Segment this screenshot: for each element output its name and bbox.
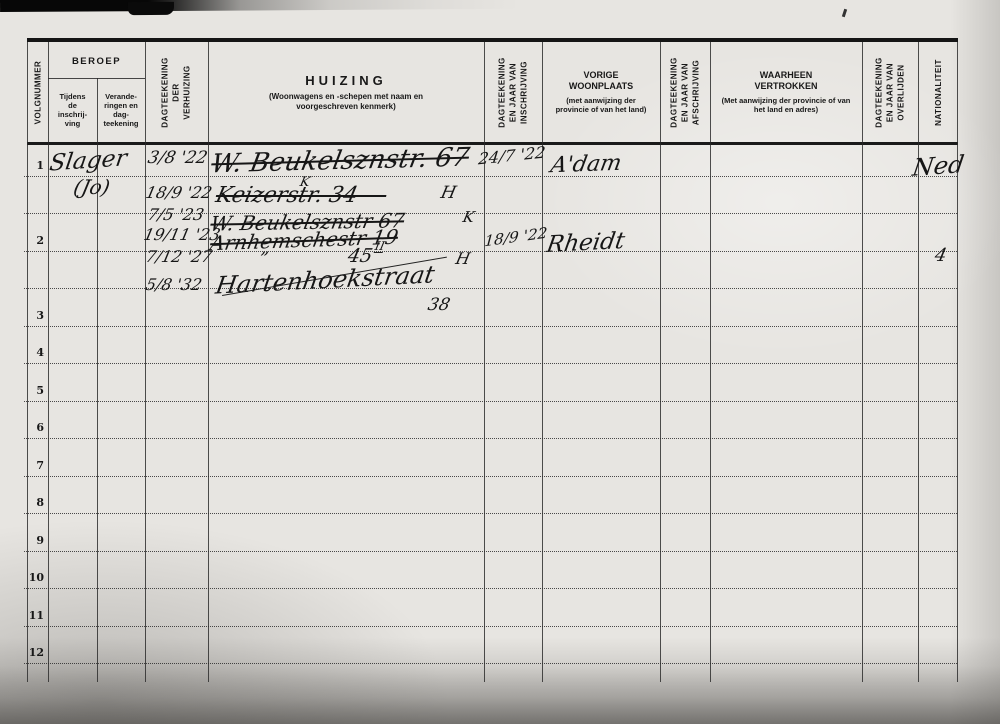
- row-number: 4: [22, 346, 44, 359]
- handwritten-margin-mark: H: [439, 185, 457, 202]
- handwritten-huizing-address: Hartenhoekstraat: [214, 262, 436, 297]
- column-header-beroep: BEROEP: [48, 45, 145, 77]
- table-top-border: [27, 38, 958, 42]
- row-number: 6: [22, 421, 44, 434]
- ruled-dotted-line: [24, 438, 957, 439]
- column-label-line: DAGTEEKENING: [160, 57, 171, 127]
- column-label-line: DAGTEEKENING: [874, 57, 885, 127]
- column-note: (met aanwijzing der provincie of van het…: [553, 96, 649, 114]
- scan-edge-smear: [0, 0, 520, 12]
- column-label-line: DAGTEEKENING: [497, 57, 508, 127]
- handwritten-huizing-address: W. Beukelsznstr. 67: [209, 145, 471, 178]
- ruled-dotted-line: [24, 513, 957, 514]
- column-note: (Met aanwijzing der provincie of van het…: [719, 96, 854, 114]
- column-header-huizing: HUIZING (Woonwagens en -schepen met naam…: [208, 44, 484, 140]
- column-label: BEROEP: [72, 56, 121, 67]
- row-number: 1: [22, 159, 44, 172]
- column-label-line: AFSCHRIJVING: [691, 57, 702, 127]
- column-label-line: DAGTEEKENING: [669, 57, 680, 127]
- subheader-line: dag-: [113, 110, 129, 119]
- ruled-dotted-line: [24, 176, 957, 177]
- row-number: 11: [22, 609, 44, 622]
- subheader-line: Verande-: [105, 92, 137, 101]
- row-number: 3: [22, 309, 44, 322]
- ink-speck: [842, 9, 847, 18]
- column-header-volgnummer: VOLGNUMMER: [27, 44, 48, 140]
- ruled-dotted-line: [24, 626, 957, 627]
- row-number: 10: [22, 571, 44, 584]
- row-number: 8: [22, 496, 44, 509]
- scan-bottom-shadow: [0, 666, 1000, 724]
- handwritten-verhuizing-date: 7/12 '27: [144, 249, 213, 265]
- ruled-dotted-line: [24, 326, 957, 327]
- handwritten-verhuizing-date: 5/8 '32: [144, 277, 203, 293]
- header-bottom-border: [27, 142, 958, 145]
- handwritten-verhuizing-date: 3/8 '22: [146, 150, 209, 167]
- subheader-line: de: [68, 101, 77, 110]
- population-register-card: VOLGNUMMER BEROEP Tijdens de inschrij- v…: [0, 0, 1000, 724]
- handwritten-verhuizing-date: 18/9 '22: [144, 185, 213, 201]
- column-label-line: EN JAAR VAN: [508, 57, 519, 127]
- handwritten-inschrijving-date: 24/7 '22: [478, 145, 547, 168]
- ruled-dotted-line: [24, 588, 957, 589]
- column-label-line: VORIGE: [583, 70, 618, 81]
- ruled-dotted-line: [24, 363, 957, 364]
- handwritten-nationaliteit: Ned: [911, 152, 966, 179]
- column-header-waarheen-vertrokken: WAARHEEN VERTROKKEN (Met aanwijzing der …: [710, 44, 862, 140]
- column-label: VOLGNUMMER: [32, 60, 43, 124]
- subheader-line: ringen en: [104, 101, 138, 110]
- column-header-dagteekening-verhuizing: DAGTEEKENING DER VERHUIZING: [145, 44, 208, 140]
- column-label-line: EN JAAR VAN: [885, 57, 896, 127]
- scan-edge-blob: [128, 2, 174, 15]
- column-label: HUIZING: [305, 73, 386, 88]
- row-number: 7: [22, 459, 44, 472]
- ruled-dotted-line: [24, 401, 957, 402]
- column-header-vorige-woonplaats: VORIGE WOONPLAATS (met aanwijzing der pr…: [542, 44, 660, 140]
- subheader-line: ving: [65, 119, 80, 128]
- column-label-line: WAARHEEN: [760, 70, 813, 81]
- handwritten-beroep: Slager: [48, 147, 128, 175]
- column-label-line: VERTROKKEN: [754, 81, 817, 92]
- column-label: NATIONALITEIT: [933, 59, 944, 126]
- row-number: 2: [22, 234, 44, 247]
- subheader-line: teekening: [103, 119, 138, 128]
- row-number: 9: [22, 534, 44, 547]
- column-label-line: EN JAAR VAN: [680, 57, 691, 127]
- handwritten-inschrijving-date: 18/9 '22: [484, 226, 548, 249]
- handwritten-ditto-mark: ”: [257, 251, 269, 268]
- column-header-nationaliteit: NATIONALITEIT: [918, 44, 958, 140]
- column-subheader-beroep-veranderingen: Verande- ringen en dag- teekening: [97, 80, 145, 140]
- column-subheader-beroep-tijdens: Tijdens de inschrij- ving: [48, 80, 97, 140]
- column-header-dagteekening-afschrijving: DAGTEEKENING EN JAAR VAN AFSCHRIJVING: [660, 44, 710, 140]
- column-header-dagteekening-overlijden: DAGTEEKENING EN JAAR VAN OVERLIJDEN: [862, 44, 918, 140]
- subheader-line: inschrij-: [58, 110, 87, 119]
- handwritten-margin-mark: K: [461, 210, 475, 225]
- handwritten-verhuizing-date: 7/5 '23: [146, 207, 205, 223]
- handwritten-house-number: 38: [426, 297, 451, 314]
- column-label-line: INSCHRIJVING: [519, 57, 530, 127]
- column-note: (Woonwagens en -schepen met naam en voor…: [239, 92, 454, 112]
- row-number: 5: [22, 384, 44, 397]
- handwritten-nationaliteit-mark: 4: [933, 247, 948, 265]
- handwritten-margin-mark: H: [454, 251, 471, 267]
- subheader-line: Tijdens: [59, 92, 85, 101]
- row-number: 12: [22, 646, 44, 659]
- ruled-dotted-line: [24, 476, 957, 477]
- column-label-line: WOONPLAATS: [569, 81, 633, 92]
- column-label-line: DER: [171, 57, 182, 127]
- ruled-dotted-line: [24, 663, 957, 664]
- ruled-dotted-line: [24, 551, 957, 552]
- handwritten-vorige-woonplaats: Rheidt: [545, 230, 627, 257]
- handwritten-vorige-woonplaats: A'dam: [549, 153, 623, 177]
- column-header-dagteekening-inschrijving: DAGTEEKENING EN JAAR VAN INSCHRIJVING: [484, 44, 542, 140]
- column-label-line: VERHUIZING: [182, 57, 193, 127]
- handwritten-beroep-note: (Jo): [72, 177, 112, 197]
- column-label-line: OVERLIJDEN: [896, 57, 907, 127]
